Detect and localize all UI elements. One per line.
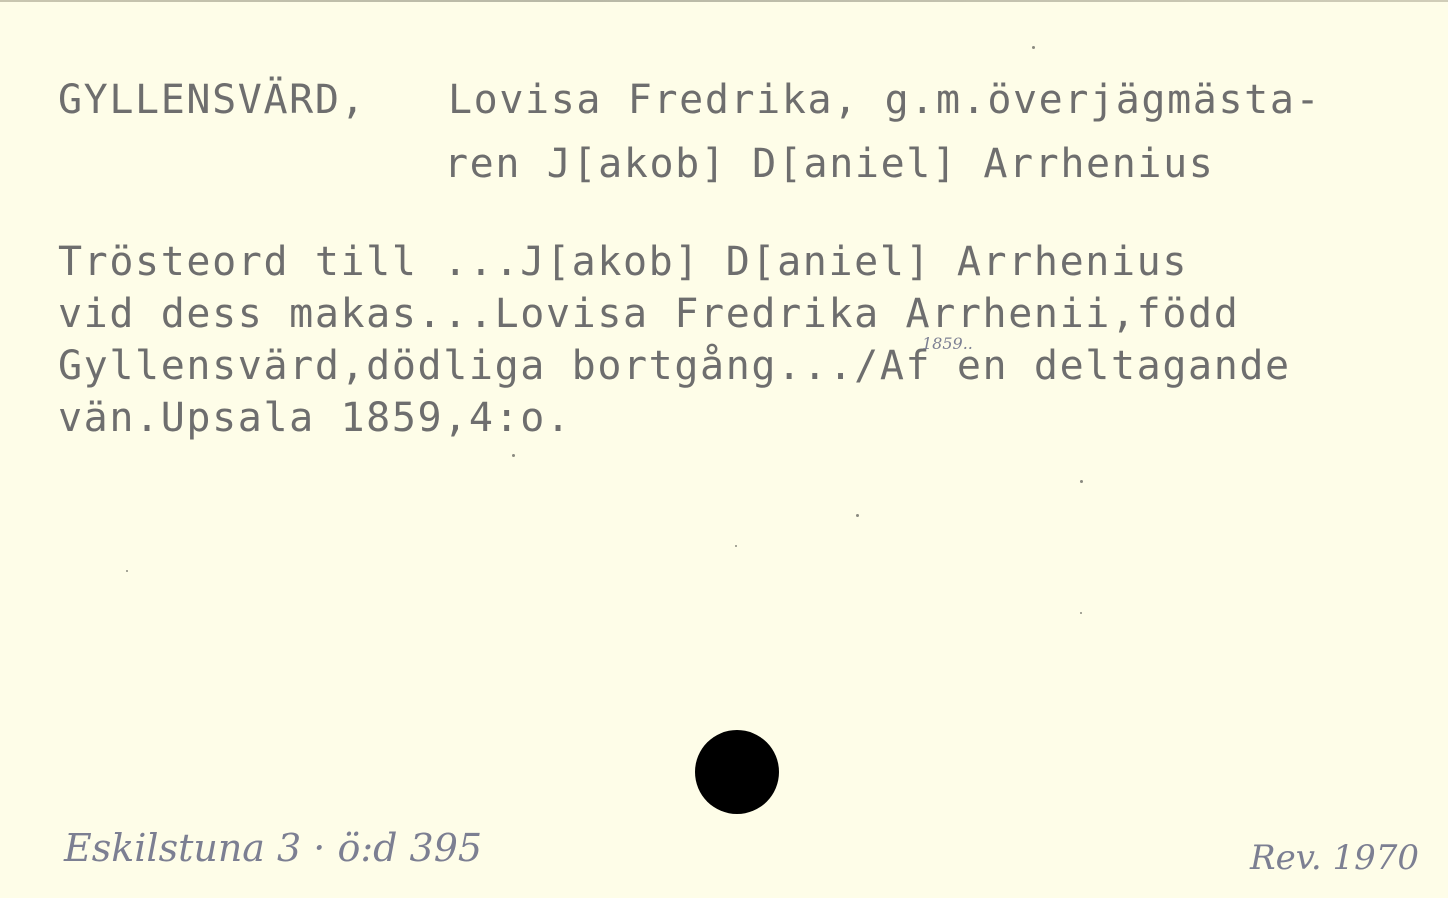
paper-speck: [735, 545, 737, 547]
title-line-2: vid dess makas...Lovisa Fredrika Arrheni…: [58, 288, 1239, 340]
paper-speck: [512, 454, 515, 457]
catalog-card: GYLLENSVÄRD, Lovisa Fredrika, g.m.överjä…: [0, 0, 1448, 898]
paper-speck: [856, 514, 859, 517]
revision-annotation: Rev. 1970: [1250, 838, 1419, 878]
title-line-1: Trösteord till ...J[akob] D[aniel] Arrhe…: [58, 236, 1188, 288]
paper-speck: [1080, 480, 1083, 483]
paper-speck: [1032, 46, 1035, 49]
shelfmark-annotation: Eskilstuna 3 · ö:d 395: [64, 826, 482, 870]
heading-surname: GYLLENSVÄRD,: [58, 72, 366, 128]
title-line-3: Gyllensvärd,dödliga bortgång.../Af en de…: [58, 340, 1291, 392]
card-top-edge: [0, 0, 1448, 2]
hole-punch: [695, 730, 779, 814]
paper-speck: [1080, 612, 1082, 614]
heading-name-line1: Lovisa Fredrika, g.m.överjägmästa-: [448, 72, 1321, 128]
heading-name-line2: ren J[akob] D[aniel] Arrhenius: [444, 136, 1214, 192]
paper-speck: [126, 570, 128, 572]
date-superscript-annotation: 1859..: [922, 334, 973, 353]
title-line-4: vän.Upsala 1859,4:o.: [58, 392, 572, 444]
